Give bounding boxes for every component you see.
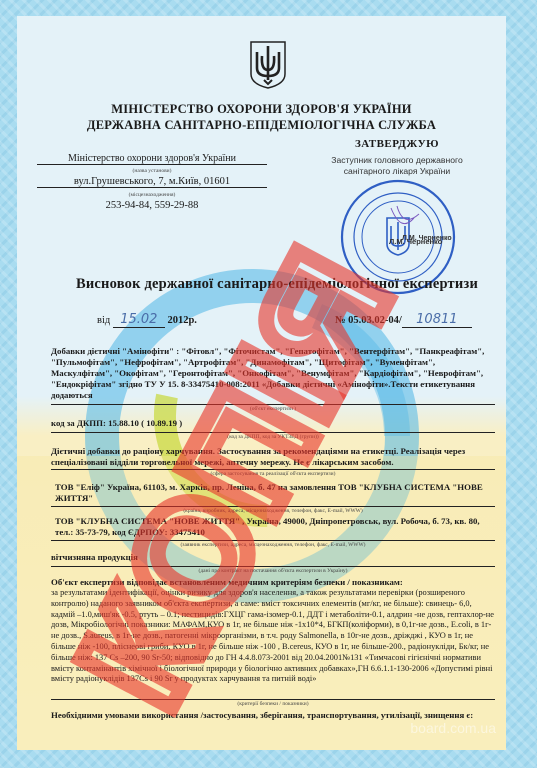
approval-title: ЗАТВЕРДЖУЮ (302, 138, 492, 150)
institution-address: вул.Грушевського, 7, м.Київ, 01601 (37, 176, 267, 188)
institution-name: Міністерство охорони здоров'я України (37, 153, 267, 165)
origin-caption: (дані про контракт на постачання об'єкта… (51, 566, 495, 574)
number-line: № 05.03.02-04/10811 (335, 312, 472, 328)
applicant-caption: (заявник експертизи, адреса, місцезнаход… (51, 540, 495, 548)
service-header: ДЕРЖАВНА САНІТАРНО-ЕПІДЕМІОЛОГІЧНА СЛУЖБ… (17, 118, 506, 133)
dkpp-caption: (код за ДКПП, код за УКТЗЕД (групи)) (51, 432, 495, 440)
manufacturer-caption: (країна, виробник, адреса, місцезнаходже… (51, 506, 495, 514)
criteria-caption: (критерії безпеки / показники) (51, 699, 495, 707)
applicant: ТОВ "КЛУБНА СИСТЕМА "НОВЕ ЖИТТЯ" , Украї… (55, 516, 499, 538)
usage-scope: Дієтичні добавки до раціону харчування. … (51, 446, 495, 468)
origin: вітчизняна продукція (51, 552, 495, 563)
dkpp-code: код за ДКПП: 15.88.10 ( 10.89.19 ) (51, 418, 495, 429)
number-prefix: № 05.03.02-04/ (335, 315, 402, 326)
institution-address-caption: (місцезнаходження) (37, 192, 267, 198)
trident-emblem-icon (249, 40, 287, 90)
document-sheet: МІНІСТЕРСТВО ОХОРОНИ ЗДОРОВ'Я УКРАЇНИ ДЕ… (17, 16, 506, 750)
approval-position-1: Заступник головного державного (302, 155, 492, 166)
approval-block: ЗАТВЕРДЖУЮ Заступник головного державног… (302, 138, 492, 177)
criteria-text: за результатами ідентифікації, оцінки ри… (51, 588, 495, 685)
site-watermark: board.com.ua (410, 720, 496, 736)
ministry-header: МІНІСТЕРСТВО ОХОРОНИ ЗДОРОВ'Я УКРАЇНИ (17, 102, 506, 117)
number-handwritten: 10811 (402, 312, 472, 328)
approval-position-2: санітарного лікаря України (302, 166, 492, 177)
signatory-name: Л.М. Черненко (389, 237, 442, 246)
date-line: від 15.02 2012р. (97, 312, 197, 328)
usage-caption: (сфера застосування та реалізації об'єкт… (51, 469, 495, 477)
object-caption: (об'єкт експертизи ) (51, 404, 495, 412)
institution-name-caption: (назва установи) (37, 168, 267, 174)
institution-phones: 253-94-84, 559-29-88 (37, 200, 267, 211)
object-of-expertise: Добавки дієтичні "Амінофіти" : "Фітовл",… (51, 346, 495, 401)
criteria-heading: Об'єкт експертизи відповідає встановлени… (51, 577, 495, 588)
date-handwritten: 15.02 (113, 312, 165, 328)
document-title: Висновок державної санітарно-епідеміолог… (57, 276, 497, 293)
date-year: 2012р. (167, 315, 196, 326)
manufacturer: ТОВ "Еліф" Україна, 61103, м. Харків, пр… (55, 482, 499, 504)
